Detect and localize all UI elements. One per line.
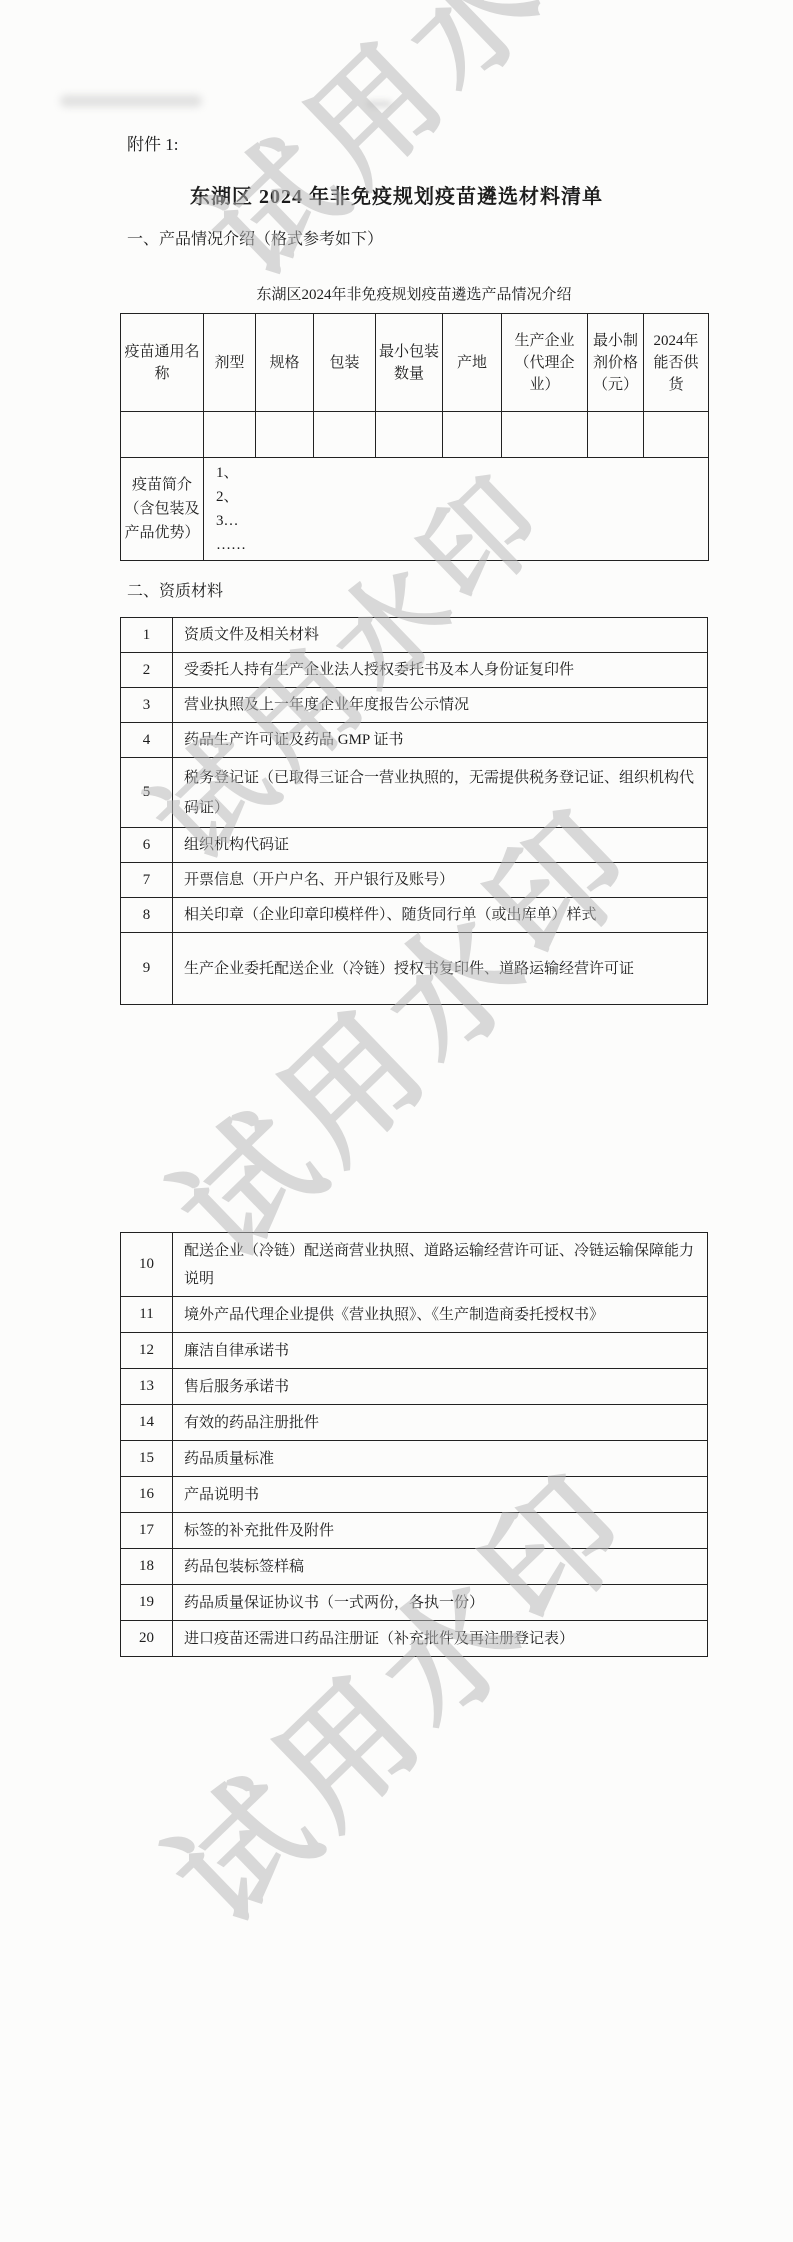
row-text-cell: 税务登记证（已取得三证合一营业执照的，无需提供税务登记证、组织机构代码证） bbox=[173, 758, 708, 828]
column-header: 2024年能否供货 bbox=[644, 314, 709, 412]
attachment-label: 附件 1: bbox=[127, 130, 178, 155]
row-text-cell: 药品生产许可证及药品 GMP 证书 bbox=[173, 723, 708, 758]
row-number-cell: 6 bbox=[121, 828, 173, 863]
product-table-header-row: 疫苗通用名称 剂型 规格 包装 最小包装数量 产地 生产企业（代理企业） 最小制… bbox=[121, 314, 709, 412]
vaccine-intro-content: 1、 2、 3… …… bbox=[204, 458, 709, 561]
row-text-cell: 开票信息（开户户名、开户银行及账号） bbox=[173, 863, 708, 898]
row-number-cell: 18 bbox=[121, 1549, 173, 1585]
row-text-cell: 营业执照及上一年度企业年度报告公示情况 bbox=[173, 688, 708, 723]
row-number-cell: 19 bbox=[121, 1585, 173, 1621]
column-header: 规格 bbox=[256, 314, 314, 412]
row-number-cell: 13 bbox=[121, 1369, 173, 1405]
column-header: 最小制剂价格（元） bbox=[588, 314, 644, 412]
row-text-cell: 进口疫苗还需进口药品注册证（补充批件及再注册登记表） bbox=[173, 1621, 708, 1657]
empty-cell bbox=[588, 412, 644, 458]
row-number-cell: 7 bbox=[121, 863, 173, 898]
row-number-cell: 11 bbox=[121, 1297, 173, 1333]
row-text-cell: 售后服务承诺书 bbox=[173, 1369, 708, 1405]
row-number-cell: 3 bbox=[121, 688, 173, 723]
section1-heading: 一、产品情况介绍（格式参考如下） bbox=[127, 226, 383, 249]
row-text-cell: 生产企业委托配送企业（冷链）授权书复印件、道路运输经营许可证 bbox=[173, 933, 708, 1005]
row-number-cell: 17 bbox=[121, 1513, 173, 1549]
product-table-caption: 东湖区2024年非免疫规划疫苗遴选产品情况介绍 bbox=[120, 283, 708, 304]
qualification-table-part1: 1 资质文件及相关材料 2 受委托人持有生产企业法人授权委托书及本人身份证复印件… bbox=[120, 617, 708, 1005]
table-row: 3 营业执照及上一年度企业年度报告公示情况 bbox=[121, 688, 708, 723]
row-text-cell: 产品说明书 bbox=[173, 1477, 708, 1513]
row-text-cell: 组织机构代码证 bbox=[173, 828, 708, 863]
row-text-cell: 廉洁自律承诺书 bbox=[173, 1333, 708, 1369]
column-header: 产地 bbox=[443, 314, 502, 412]
empty-cell bbox=[443, 412, 502, 458]
scan-smudge bbox=[60, 95, 202, 107]
empty-cell bbox=[256, 412, 314, 458]
table-row: 4 药品生产许可证及药品 GMP 证书 bbox=[121, 723, 708, 758]
row-number-cell: 14 bbox=[121, 1405, 173, 1441]
row-text-cell: 药品质量保证协议书（一式两份，各执一份） bbox=[173, 1585, 708, 1621]
document-page: 附件 1: 东湖区 2024 年非免疫规划疫苗遴选材料清单 一、产品情况介绍（格… bbox=[0, 0, 793, 2242]
row-text-cell: 有效的药品注册批件 bbox=[173, 1405, 708, 1441]
empty-cell bbox=[376, 412, 443, 458]
table-row: 17 标签的补充批件及附件 bbox=[121, 1513, 708, 1549]
column-header: 包装 bbox=[314, 314, 376, 412]
table-row: 2 受委托人持有生产企业法人授权委托书及本人身份证复印件 bbox=[121, 653, 708, 688]
column-header: 生产企业（代理企业） bbox=[502, 314, 588, 412]
table-row: 19 药品质量保证协议书（一式两份，各执一份） bbox=[121, 1585, 708, 1621]
document-title: 东湖区 2024 年非免疫规划疫苗遴选材料清单 bbox=[0, 180, 793, 209]
row-number-cell: 4 bbox=[121, 723, 173, 758]
column-header: 最小包装数量 bbox=[376, 314, 443, 412]
table-row: 20 进口疫苗还需进口药品注册证（补充批件及再注册登记表） bbox=[121, 1621, 708, 1657]
table-row: 14 有效的药品注册批件 bbox=[121, 1405, 708, 1441]
vaccine-intro-label: 疫苗简介（含包装及产品优势） bbox=[121, 458, 204, 561]
row-text-cell: 配送企业（冷链）配送商营业执照、道路运输经营许可证、冷链运输保障能力说明 bbox=[173, 1233, 708, 1297]
empty-cell bbox=[314, 412, 376, 458]
row-number-cell: 8 bbox=[121, 898, 173, 933]
empty-cell bbox=[502, 412, 588, 458]
intro-line: 2、 bbox=[216, 485, 702, 509]
empty-cell bbox=[644, 412, 709, 458]
vaccine-intro-row: 疫苗简介（含包装及产品优势） 1、 2、 3… …… bbox=[121, 458, 709, 561]
empty-cell bbox=[121, 412, 204, 458]
row-number-cell: 10 bbox=[121, 1233, 173, 1297]
table-row: 7 开票信息（开户户名、开户银行及账号） bbox=[121, 863, 708, 898]
table-row: 11 境外产品代理企业提供《营业执照》、《生产制造商委托授权书》 bbox=[121, 1297, 708, 1333]
row-number-cell: 16 bbox=[121, 1477, 173, 1513]
intro-line: …… bbox=[216, 533, 702, 557]
row-text-cell: 药品质量标准 bbox=[173, 1441, 708, 1477]
section2-heading: 二、资质材料 bbox=[127, 578, 223, 601]
column-header: 疫苗通用名称 bbox=[121, 314, 204, 412]
table-row: 5 税务登记证（已取得三证合一营业执照的，无需提供税务登记证、组织机构代码证） bbox=[121, 758, 708, 828]
table-row: 16 产品说明书 bbox=[121, 1477, 708, 1513]
table-row: 6 组织机构代码证 bbox=[121, 828, 708, 863]
empty-cell bbox=[204, 412, 256, 458]
table-row: 13 售后服务承诺书 bbox=[121, 1369, 708, 1405]
row-number-cell: 9 bbox=[121, 933, 173, 1005]
intro-line: 1、 bbox=[216, 461, 702, 485]
watermark: 试用水印 bbox=[160, 0, 679, 310]
table-row: 8 相关印章（企业印章印模样件）、随货同行单（或出库单）样式 bbox=[121, 898, 708, 933]
row-text-cell: 标签的补充批件及附件 bbox=[173, 1513, 708, 1549]
product-info-table: 疫苗通用名称 剂型 规格 包装 最小包装数量 产地 生产企业（代理企业） 最小制… bbox=[120, 313, 709, 561]
table-row: 9 生产企业委托配送企业（冷链）授权书复印件、道路运输经营许可证 bbox=[121, 933, 708, 1005]
table-row: 10 配送企业（冷链）配送商营业执照、道路运输经营许可证、冷链运输保障能力说明 bbox=[121, 1233, 708, 1297]
scan-smudge bbox=[366, 100, 392, 108]
table-row: 18 药品包装标签样稿 bbox=[121, 1549, 708, 1585]
table-row: 12 廉洁自律承诺书 bbox=[121, 1333, 708, 1369]
row-number-cell: 20 bbox=[121, 1621, 173, 1657]
intro-line: 3… bbox=[216, 509, 702, 533]
row-text-cell: 受委托人持有生产企业法人授权委托书及本人身份证复印件 bbox=[173, 653, 708, 688]
row-number-cell: 5 bbox=[121, 758, 173, 828]
row-text-cell: 药品包装标签样稿 bbox=[173, 1549, 708, 1585]
row-text-cell: 资质文件及相关材料 bbox=[173, 618, 708, 653]
row-number-cell: 15 bbox=[121, 1441, 173, 1477]
table-row: 1 资质文件及相关材料 bbox=[121, 618, 708, 653]
column-header: 剂型 bbox=[204, 314, 256, 412]
product-table-empty-row bbox=[121, 412, 709, 458]
row-number-cell: 1 bbox=[121, 618, 173, 653]
row-text-cell: 境外产品代理企业提供《营业执照》、《生产制造商委托授权书》 bbox=[173, 1297, 708, 1333]
table-row: 15 药品质量标准 bbox=[121, 1441, 708, 1477]
row-number-cell: 2 bbox=[121, 653, 173, 688]
row-number-cell: 12 bbox=[121, 1333, 173, 1369]
row-text-cell: 相关印章（企业印章印模样件）、随货同行单（或出库单）样式 bbox=[173, 898, 708, 933]
qualification-table-part2: 10 配送企业（冷链）配送商营业执照、道路运输经营许可证、冷链运输保障能力说明 … bbox=[120, 1232, 708, 1657]
